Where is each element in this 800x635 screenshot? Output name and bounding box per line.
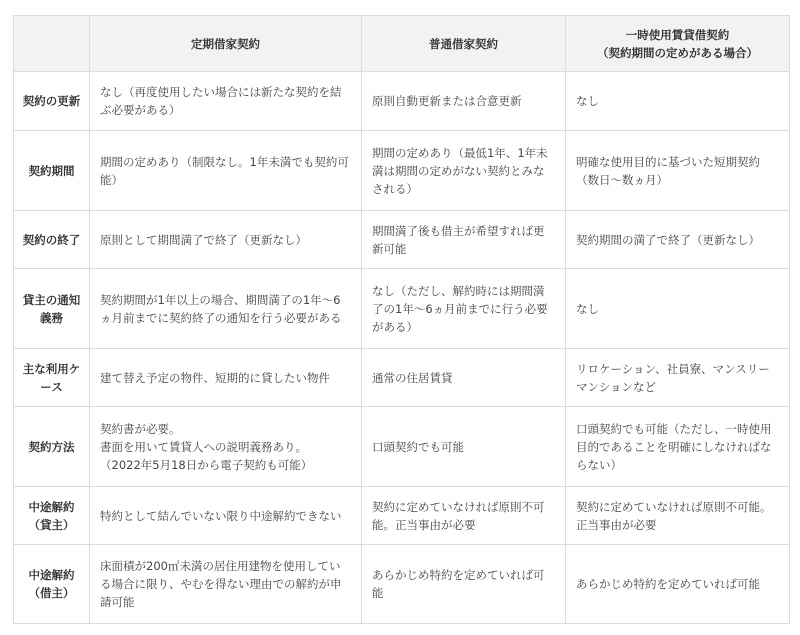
table-cell: なし [566,269,790,349]
table-row-landlord-notice: 貸主の通知義務 契約期間が1年以上の場合、期間満了の1年～6ヵ月前までに契約終了… [14,269,790,349]
row-label: 契約の更新 [14,72,90,131]
table-cell: 期間の定めあり（最低1年、1年未満は期間の定めがない契約とみなされる） [362,131,566,211]
table-row-use-cases: 主な利用ケース 建て替え予定の物件、短期的に貸したい物件 通常の住居賃貸 リロケ… [14,349,790,407]
row-label: 貸主の通知義務 [14,269,90,349]
row-label: 契約の終了 [14,211,90,269]
table-cell: 期間満了後も借主が希望すれば更新可能 [362,211,566,269]
lease-contract-comparison-table: 定期借家契約 普通借家契約 一時使用賃貸借契約 （契約期間の定めがある場合） 契… [13,15,790,624]
row-label: 中途解約（借主） [14,545,90,624]
header-ordinary-lease: 普通借家契約 [362,16,566,72]
table-cell: 契約書が必要。 書面を用いて賃貸人への説明義務あり。 （2022年5月18日から… [90,407,362,487]
table-cell: 原則自動更新または合意更新 [362,72,566,131]
table-cell: 原則として期間満了で終了（更新なし） [90,211,362,269]
table-cell: 建て替え予定の物件、短期的に貸したい物件 [90,349,362,407]
table-cell: 契約期間が1年以上の場合、期間満了の1年～6ヵ月前までに契約終了の通知を行う必要… [90,269,362,349]
table-cell: なし（ただし、解約時には期間満了の1年～6ヵ月前までに行う必要がある） [362,269,566,349]
table-header-row: 定期借家契約 普通借家契約 一時使用賃貸借契約 （契約期間の定めがある場合） [14,16,790,72]
header-corner [14,16,90,72]
table-cell: あらかじめ特約を定めていれば可能 [362,545,566,624]
table-cell: 通常の住居賃貸 [362,349,566,407]
row-label: 中途解約（貸主） [14,487,90,545]
table-row-termination: 契約の終了 原則として期間満了で終了（更新なし） 期間満了後も借主が希望すれば更… [14,211,790,269]
table-cell: 床面積が200㎡未満の居住用建物を使用している場合に限り、やむを得ない理由での解… [90,545,362,624]
header-temporary-use-lease: 一時使用賃貸借契約 （契約期間の定めがある場合） [566,16,790,72]
table-row-renewal: 契約の更新 なし（再度使用したい場合には新たな契約を結ぶ必要がある） 原則自動更… [14,72,790,131]
table-row-contract-period: 契約期間 期間の定めあり（制限なし。1年未満でも契約可能） 期間の定めあり（最低… [14,131,790,211]
table-cell: 契約に定めていなければ原則不可能。正当事由が必要 [566,487,790,545]
row-label: 契約期間 [14,131,90,211]
table-cell: 契約期間の満了で終了（更新なし） [566,211,790,269]
table-cell: あらかじめ特約を定めていれば可能 [566,545,790,624]
comparison-table-container: 定期借家契約 普通借家契約 一時使用賃貸借契約 （契約期間の定めがある場合） 契… [13,15,790,624]
table-cell: なし [566,72,790,131]
table-cell: 口頭契約でも可能（ただし、一時使用目的であることを明確にしなければならない） [566,407,790,487]
header-fixed-term-lease: 定期借家契約 [90,16,362,72]
table-cell: 口頭契約でも可能 [362,407,566,487]
table-row-contract-method: 契約方法 契約書が必要。 書面を用いて賃貸人への説明義務あり。 （2022年5月… [14,407,790,487]
table-row-early-termination-tenant: 中途解約（借主） 床面積が200㎡未満の居住用建物を使用している場合に限り、やむ… [14,545,790,624]
table-cell: 明確な使用目的に基づいた短期契約（数日～数ヵ月） [566,131,790,211]
table-cell: 契約に定めていなければ原則不可能。正当事由が必要 [362,487,566,545]
table-cell: なし（再度使用したい場合には新たな契約を結ぶ必要がある） [90,72,362,131]
table-cell: 期間の定めあり（制限なし。1年未満でも契約可能） [90,131,362,211]
table-cell: リロケーション、社員寮、マンスリーマンションなど [566,349,790,407]
table-cell: 特約として結んでいない限り中途解約できない [90,487,362,545]
row-label: 契約方法 [14,407,90,487]
table-row-early-termination-landlord: 中途解約（貸主） 特約として結んでいない限り中途解約できない 契約に定めていなけ… [14,487,790,545]
row-label: 主な利用ケース [14,349,90,407]
